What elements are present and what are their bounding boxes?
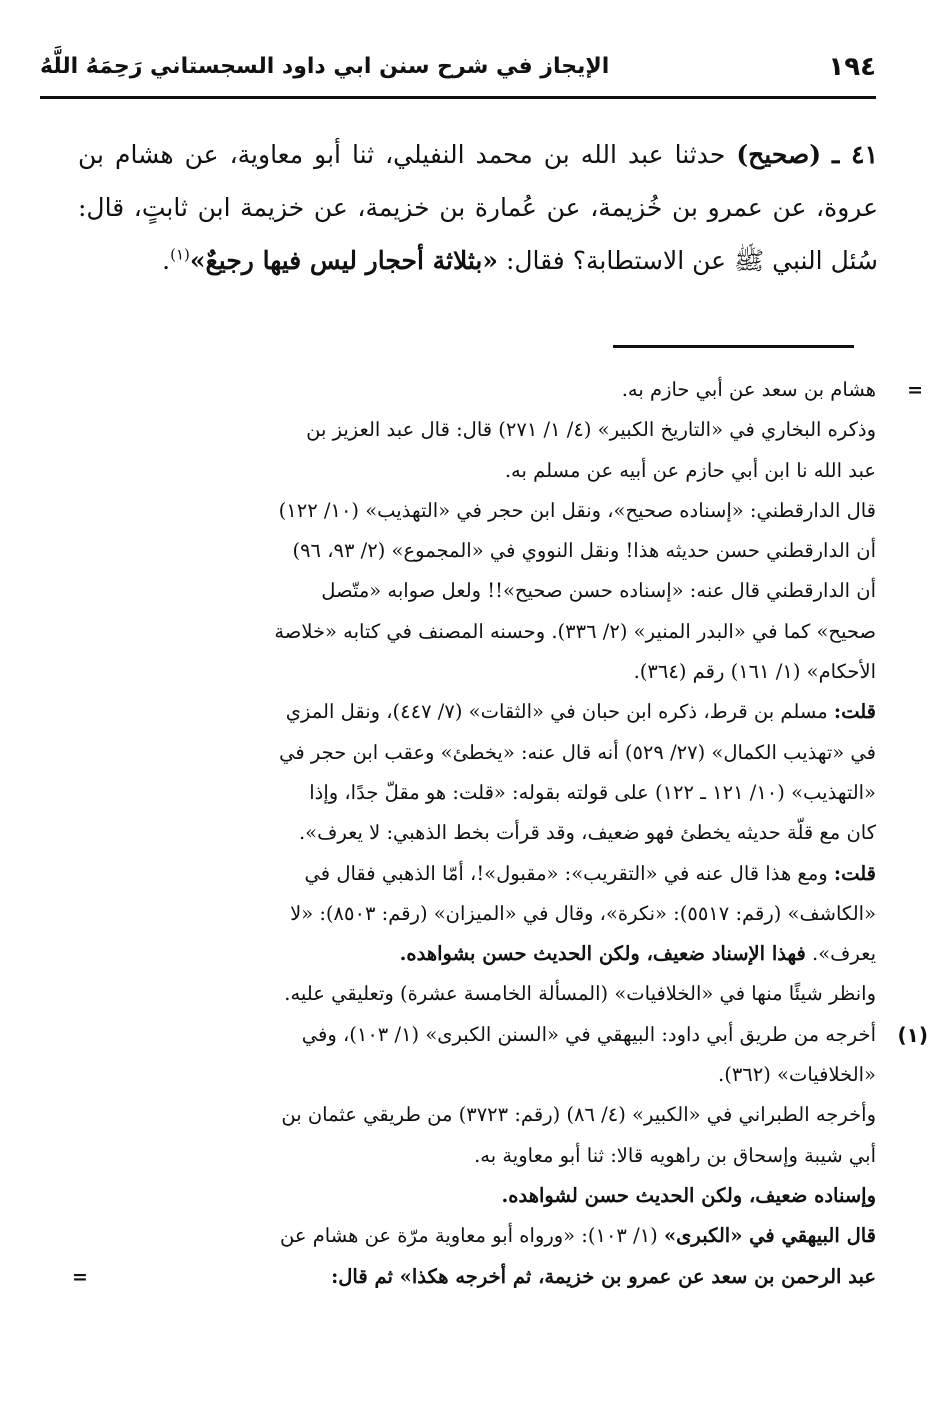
footnote-line: (١) أخرجه من طريق أبي داود: البيهقي في «…	[76, 1015, 876, 1055]
footnote-number: (١)	[898, 1015, 929, 1055]
hadith-grade: (صحيح)	[736, 140, 821, 169]
page-number: ١٩٤	[828, 52, 876, 82]
continuation-marker: =	[72, 1257, 88, 1297]
footnote-line: أن الدارقطني قال عنه: «إسناده حسن صحيح»!…	[76, 571, 876, 611]
footnote-line: وذكره البخاري في «التاريخ الكبير» (٤/ ١/…	[76, 410, 876, 450]
footnotes: = هشام بن سعد عن أبي حازم به. وذكره البخ…	[76, 370, 876, 1297]
verdict: فهذا الإسناد ضعيف، ولكن الحديث حسن بشواه…	[400, 942, 806, 965]
hadith-end: .	[162, 246, 170, 275]
header-rule	[40, 96, 876, 99]
footnote-line: عبد الرحمن بن سعد عن عمرو بن خزيمة، ثم أ…	[76, 1257, 876, 1297]
footnote-line: وأخرجه الطبراني في «الكبير» (٤/ ٨٦) (رقم…	[76, 1095, 876, 1135]
footnote-line: «الخلافيات» (٣٦٢).	[76, 1055, 876, 1095]
footnote-line: قال البيهقي في «الكبرى» (١/ ١٠٣): «ورواه…	[76, 1216, 876, 1256]
footnote-line: وانظر شيئًا منها في «الخلافيات» (المسألة…	[76, 974, 876, 1014]
qultu-label: قلت:	[834, 700, 876, 723]
footnote-line: قال الدارقطني: «إسناده صحيح»، ونقل ابن ح…	[76, 491, 876, 531]
footnote-line: كان مع قلّة حديثه يخطئ فهو ضعيف، وقد قرأ…	[76, 813, 876, 853]
hadith-number: ٤١ ـ	[832, 140, 878, 169]
footnote-line: أبي شيبة وإسحاق بن راهويه قالا: ثنا أبو …	[76, 1136, 876, 1176]
footnote-line: أن الدارقطني حسن حديثه هذا! ونقل النووي …	[76, 531, 876, 571]
page-header: ١٩٤ الإيجاز في شرح سنن ابي داود السجستان…	[40, 52, 876, 92]
footnote-reference[interactable]: (١)	[170, 246, 190, 264]
continuation-marker: =	[907, 370, 923, 410]
footnote-line: قلت: ومع هذا قال عنه في «التقريب»: «مقبو…	[76, 854, 876, 894]
footnote-line: قلت: مسلم بن قرط، ذكره ابن حبان في «الثق…	[76, 692, 876, 732]
hadith-matn: «بثلاثة أحجار ليس فيها رجيعٌ»	[190, 246, 498, 275]
hadith-text: ٤١ ـ (صحيح) حدثنا عبد الله بن محمد النفي…	[78, 128, 878, 287]
footnote-line: في «تهذيب الكمال» (٢٧/ ٥٢٩) أنه قال عنه:…	[76, 733, 876, 773]
footnote-line: «الكاشف» (رقم: ٥٥١٧): «نكرة»، وقال في «ا…	[76, 894, 876, 934]
verdict: وإسناده ضعيف، ولكن الحديث حسن لشواهده.	[501, 1184, 876, 1207]
footnote-line: «التهذيب» (١٠/ ١٢١ ـ ١٢٢) على قولته بقول…	[76, 773, 876, 813]
document-page: ١٩٤ الإيجاز في شرح سنن ابي داود السجستان…	[0, 0, 949, 1403]
qultu-label: قلت:	[834, 862, 876, 885]
footnote-separator	[613, 345, 854, 348]
running-title: الإيجاز في شرح سنن ابي داود السجستاني رَ…	[40, 54, 609, 79]
footnote-line: = هشام بن سعد عن أبي حازم به.	[76, 370, 876, 410]
footnote-line: يعرف». فهذا الإسناد ضعيف، ولكن الحديث حس…	[76, 934, 876, 974]
footnote-line: صحيح» كما في «البدر المنير» (٢/ ٣٣٦). وح…	[76, 612, 876, 652]
footnote-line: عبد الله نا ابن أبي حازم عن أبيه عن مسلم…	[76, 451, 876, 491]
footnote-line: وإسناده ضعيف، ولكن الحديث حسن لشواهده.	[76, 1176, 876, 1216]
footnote-line: الأحكام» (١/ ١٦١) رقم (٣٦٤).	[76, 652, 876, 692]
